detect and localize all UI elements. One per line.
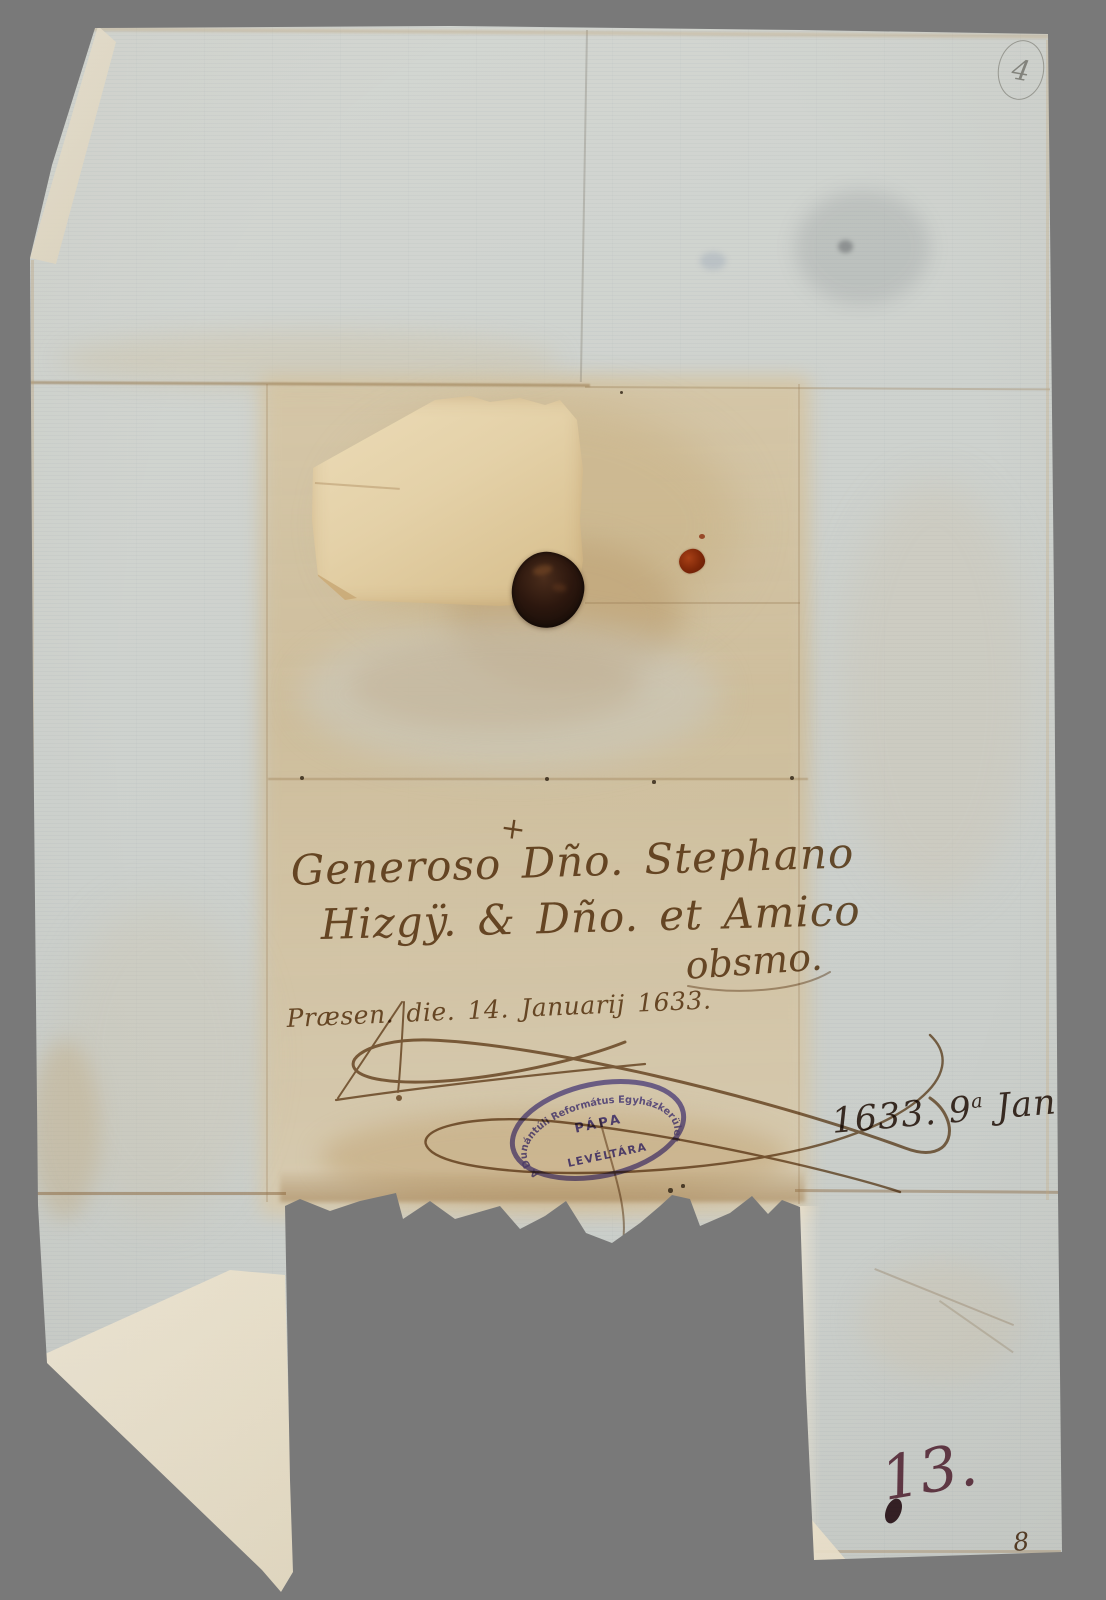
paper-grain: [0, 0, 1106, 1600]
archive-stamp: A Dunántúli Református Egyházkerület PÁP…: [492, 1058, 704, 1204]
pencil-number-text: 4: [1009, 52, 1032, 88]
page-number: 8: [1012, 1527, 1030, 1557]
letter-verso-sheet: + Generoso Dño. Stephano Hizgÿ. & Dño. e…: [0, 0, 1106, 1600]
stamp-place-text: PÁPA: [573, 1111, 624, 1137]
archival-note-suffix: Janʒ: [982, 1081, 1078, 1129]
scanner-background: + Generoso Dño. Stephano Hizgÿ. & Dño. e…: [0, 0, 1106, 1600]
